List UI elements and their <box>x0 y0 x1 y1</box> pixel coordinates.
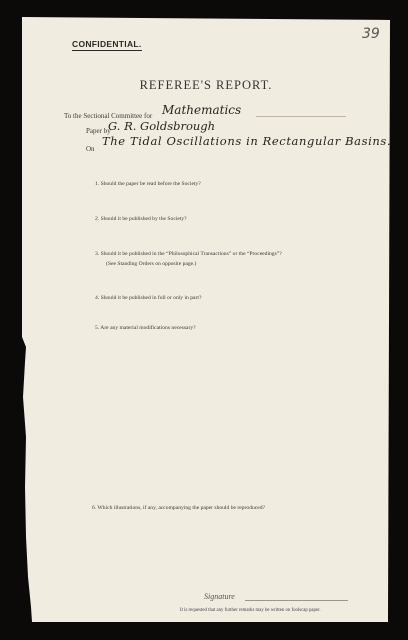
question-6: 6. Which illustrations, if any, accompan… <box>92 505 265 511</box>
question-5: 5. Are any material modifications necess… <box>95 325 196 331</box>
question-4: 4. Should it be published in full or onl… <box>95 295 201 301</box>
confidential-label: CONFIDENTIAL. <box>72 39 142 51</box>
committee-value: Mathematics <box>162 103 241 117</box>
question-2: 2. Should it be published by the Society… <box>95 216 187 222</box>
question-3-note: (See Standing Orders on opposite page.) <box>106 261 196 267</box>
report-title: REFEREE'S REPORT. <box>22 78 390 93</box>
on-label: On <box>86 145 95 153</box>
on-value: The Tidal Oscillations in Rectangular Ba… <box>102 134 391 148</box>
page-number: 39 <box>362 26 380 42</box>
committee-underline <box>256 116 346 117</box>
question-1: 1. Should the paper be read before the S… <box>95 181 201 187</box>
question-3: 3. Should it be published in the “Philos… <box>95 251 282 257</box>
signature-line <box>245 600 348 601</box>
document-page: 39 CONFIDENTIAL. REFEREE'S REPORT. To th… <box>22 17 390 622</box>
footer-note: It is requested that any further remarks… <box>180 608 321 613</box>
signature-label: Signature <box>204 592 235 601</box>
paper-by-value: G. R. Goldsbrough <box>108 119 215 133</box>
